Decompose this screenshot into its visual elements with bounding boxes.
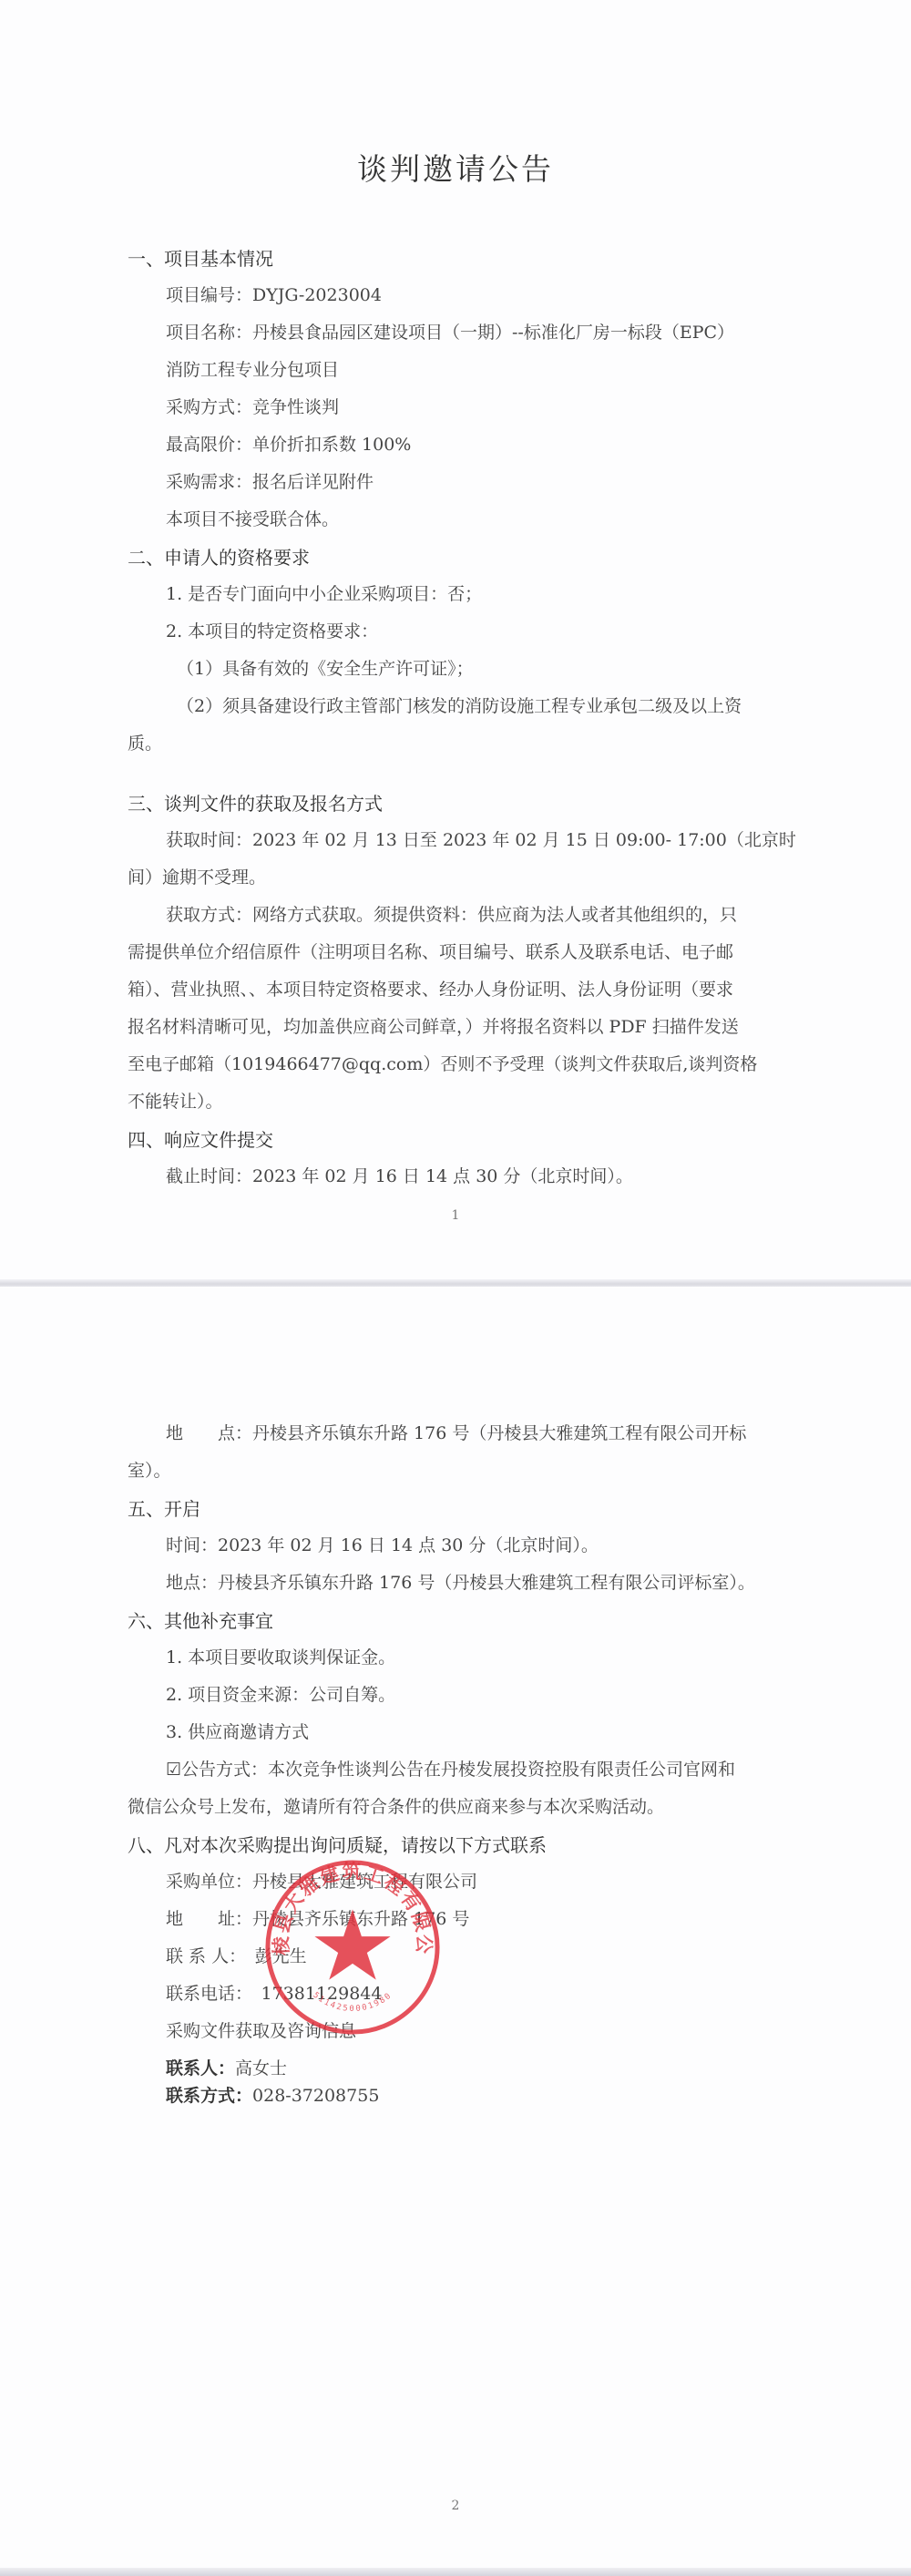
page-number-2: 2 [0, 2499, 911, 2513]
document-title: 谈判邀请公告 [0, 146, 911, 189]
opening-time: 时间：2023 年 02 月 16 日 14 点 30 分（北京时间）。 [166, 1532, 599, 1556]
supplement-item-3: 3. 供应商邀请方式 [166, 1719, 309, 1743]
document-page-2: 地 点：丹棱县齐乐镇东升路 176 号（丹棱县大雅建筑工程有限公司开标 室）。 … [0, 1287, 911, 2576]
project-name-line-2: 消防工程专业分包项目 [166, 356, 339, 381]
consult-contact-label: 联系人： [166, 2058, 235, 2078]
section-3-heading: 三、谈判文件的获取及报名方式 [128, 789, 383, 816]
consortium-note: 本项目不接受联合体。 [166, 506, 339, 530]
purchasing-address: 地 址：丹棱县齐乐镇东升路 176 号 [166, 1905, 469, 1930]
document-info-heading: 采购文件获取及咨询信息 [166, 2017, 356, 2042]
qualification-item-1: 1. 是否专门面向中小企业采购项目：否； [166, 580, 482, 605]
page-bottom-edge [0, 2568, 911, 2576]
consult-contact-value: 高女士 [235, 2058, 287, 2078]
acquisition-time-line-1: 获取时间：2023 年 02 月 13 日至 2023 年 02 月 15 日 … [166, 826, 796, 851]
procurement-method: 采购方式：竞争性谈判 [166, 394, 339, 418]
contact-phone: 联系电话： 17381129844 [166, 1980, 382, 2005]
qualification-sub-2-line-1: （2）须具备建设行政主管部门核发的消防设施工程专业承包二级及以上资 [177, 693, 742, 717]
qualification-sub-1: （1）具备有效的《安全生产许可证》； [177, 655, 474, 680]
project-number: 项目编号：DYJG-2023004 [166, 282, 382, 306]
submission-location-line-1: 地 点：丹棱县齐乐镇东升路 176 号（丹棱县大雅建筑工程有限公司开标 [166, 1420, 746, 1444]
acquisition-method-line-4: 报名材料清晰可见，均加盖供应商公司鲜章，）并将报名资料以 PDF 扫描件发送 [128, 1013, 739, 1038]
submission-location-line-2: 室）。 [128, 1457, 171, 1482]
consult-phone-value: 028-37208755 [252, 2086, 379, 2106]
notice-method-line-2: 微信公众号上发布，邀请所有符合条件的供应商来参与本次采购活动。 [128, 1793, 664, 1818]
contact-person: 联 系 人： 彭先生 [166, 1943, 307, 1967]
opening-location: 地点：丹棱县齐乐镇东升路 176 号（丹棱县大雅建筑工程有限公司评标室）。 [166, 1569, 755, 1594]
acquisition-method-line-5: 至电子邮箱（1019466477@qq.com）否则不予受理（谈判文件获取后,谈… [128, 1051, 757, 1075]
consult-contact: 联系人：高女士 [166, 2055, 287, 2079]
acquisition-method-line-1: 获取方式：网络方式获取。须提供资料：供应商为法人或者其他组织的，只 [166, 901, 737, 926]
acquisition-method-line-3: 箱）、营业执照、、本项目特定资格要求、经办人身份证明、法人身份证明（要求 [128, 976, 733, 1001]
notice-method-line-1: ☑公告方式：本次竞争性谈判公告在丹棱发展投资控股有限责任公司官网和 [166, 1756, 735, 1781]
document-page-1: 谈判邀请公告 一、项目基本情况 项目编号：DYJG-2023004 项目名称：丹… [0, 0, 911, 1280]
section-2-heading: 二、申请人的资格要求 [128, 543, 310, 570]
supplement-item-1: 1. 本项目要收取谈判保证金。 [166, 1644, 395, 1668]
project-name-line-1: 项目名称：丹棱县食品园区建设项目（一期）--标准化厂房一标段（EPC） [166, 319, 734, 344]
section-6-heading: 六、其他补充事宜 [128, 1606, 273, 1633]
consult-phone-label: 联系方式： [166, 2086, 252, 2106]
procurement-requirement: 采购需求：报名后详见附件 [166, 468, 374, 493]
section-1-heading: 一、项目基本情况 [128, 244, 273, 271]
acquisition-method-line-2: 需提供单位介绍信原件（注明项目名称、项目编号、联系人及联系电话、电子邮 [128, 939, 733, 963]
section-5-heading: 五、开启 [128, 1494, 200, 1521]
purchasing-unit: 采购单位：丹棱县大雅建筑工程有限公司 [166, 1868, 477, 1893]
section-4-heading: 四、响应文件提交 [128, 1125, 273, 1152]
section-8-heading: 八、凡对本次采购提出询问质疑，请按以下方式联系 [128, 1831, 547, 1857]
supplement-item-2: 2. 项目资金来源：公司自筹。 [166, 1681, 395, 1706]
consult-phone: 联系方式：028-37208755 [166, 2082, 379, 2107]
submission-deadline: 截止时间：2023 年 02 月 16 日 14 点 30 分（北京时间）。 [166, 1163, 633, 1187]
qualification-sub-2-line-2: 质。 [128, 730, 162, 754]
acquisition-time-line-2: 间）逾期不受理。 [128, 864, 266, 888]
max-price: 最高限价：单价折扣系数 100% [166, 431, 411, 456]
qualification-item-2: 2. 本项目的特定资格要求： [166, 618, 378, 642]
acquisition-method-line-6: 不能转让）。 [128, 1088, 223, 1113]
page-number-1: 1 [0, 1208, 911, 1223]
